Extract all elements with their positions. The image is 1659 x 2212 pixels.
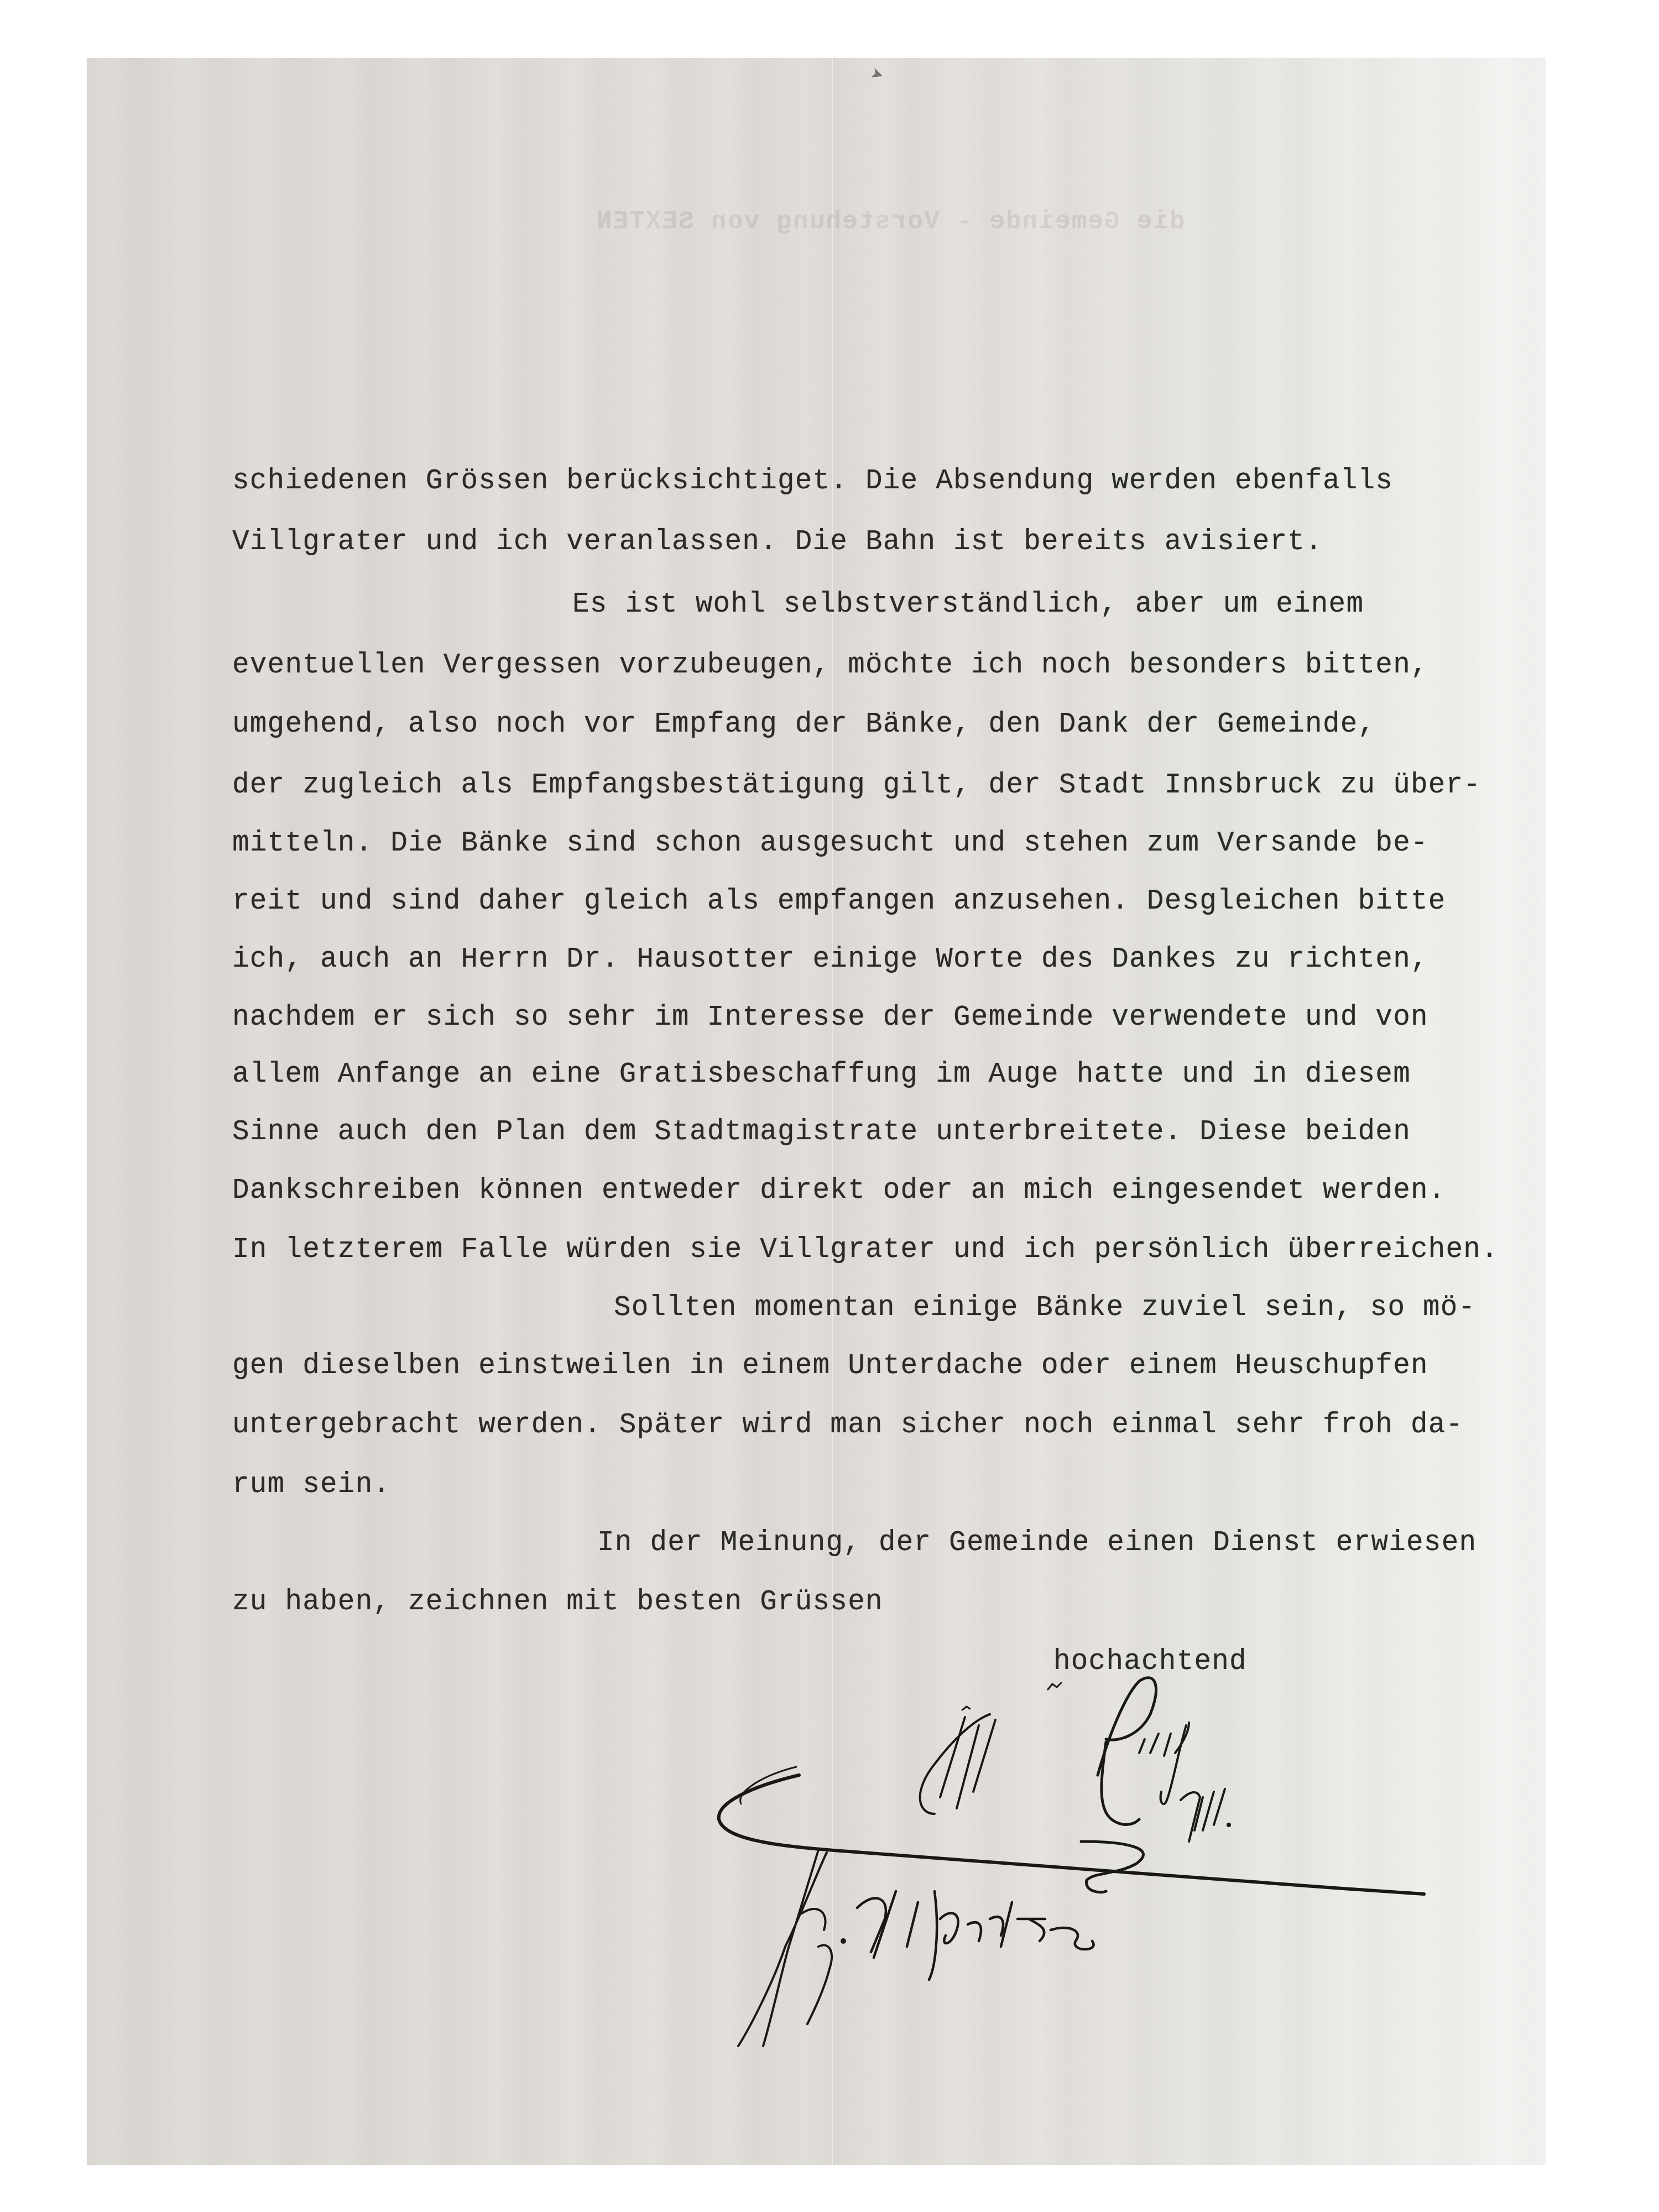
letter-line: zu haben, zeichnen mit besten Grüssen (232, 1588, 883, 1616)
closing-text: hochachtend (1053, 1648, 1247, 1676)
letter-line: Sinne auch den Plan dem Stadtmagistrate … (232, 1118, 1411, 1146)
letter-line: In letzterem Falle würden sie Villgrater… (232, 1236, 1499, 1264)
letter-line: untergebracht werden. Später wird man si… (232, 1411, 1463, 1439)
letter-line: mitteln. Die Bänke sind schon ausgesucht… (232, 830, 1428, 858)
letter-line: reit und sind daher gleich als empfangen… (232, 888, 1446, 916)
letter-line: eventuellen Vergessen vorzubeugen, möcht… (232, 651, 1428, 680)
letter-line: Dankschreiben können entweder direkt ode… (232, 1177, 1446, 1205)
letter-line: Villgrater und ich veranlassen. Die Bahn… (232, 528, 1323, 556)
letter-line: In der Meinung, der Gemeinde einen Diens… (597, 1529, 1477, 1557)
fold-crease (832, 58, 833, 2165)
letter-line: der zugleich als Empfangsbestätigung gil… (232, 771, 1481, 800)
letter-line: schiedenen Grössen berücksichtiget. Die … (232, 467, 1393, 495)
letter-line: Sollten momentan einige Bänke zuviel sei… (614, 1294, 1475, 1322)
fold-mark-icon: ➤ (868, 63, 886, 85)
bleed-through-text: die Gemeinde - Vorstehung von SEXTEN (596, 207, 1185, 236)
letter-line: rum sein. (232, 1471, 390, 1499)
letter-line: gen dieselben einstweilen in einem Unter… (232, 1352, 1428, 1380)
signature-1-suffix: Xyll. (1189, 1803, 1190, 1803)
signature-2-text: Frz. Villgrater (830, 1919, 833, 1919)
letter-line: umgehend, also noch vor Empfang der Bänk… (232, 711, 1375, 739)
letter-line: Es ist wohl selbstverständlich, aber um … (572, 591, 1364, 619)
letter-page: ➤ die Gemeinde - Vorstehung von SEXTEN (87, 58, 1546, 2165)
letter-line: allem Anfange an eine Gratisbeschaffung … (232, 1061, 1411, 1089)
letter-line: nachdem er sich so sehr im Interesse der… (232, 1004, 1428, 1032)
letter-line: ich, auch an Herrn Dr. Hausotter einige … (232, 946, 1428, 974)
signature-1-text: Josef Rinig (940, 1742, 943, 1743)
